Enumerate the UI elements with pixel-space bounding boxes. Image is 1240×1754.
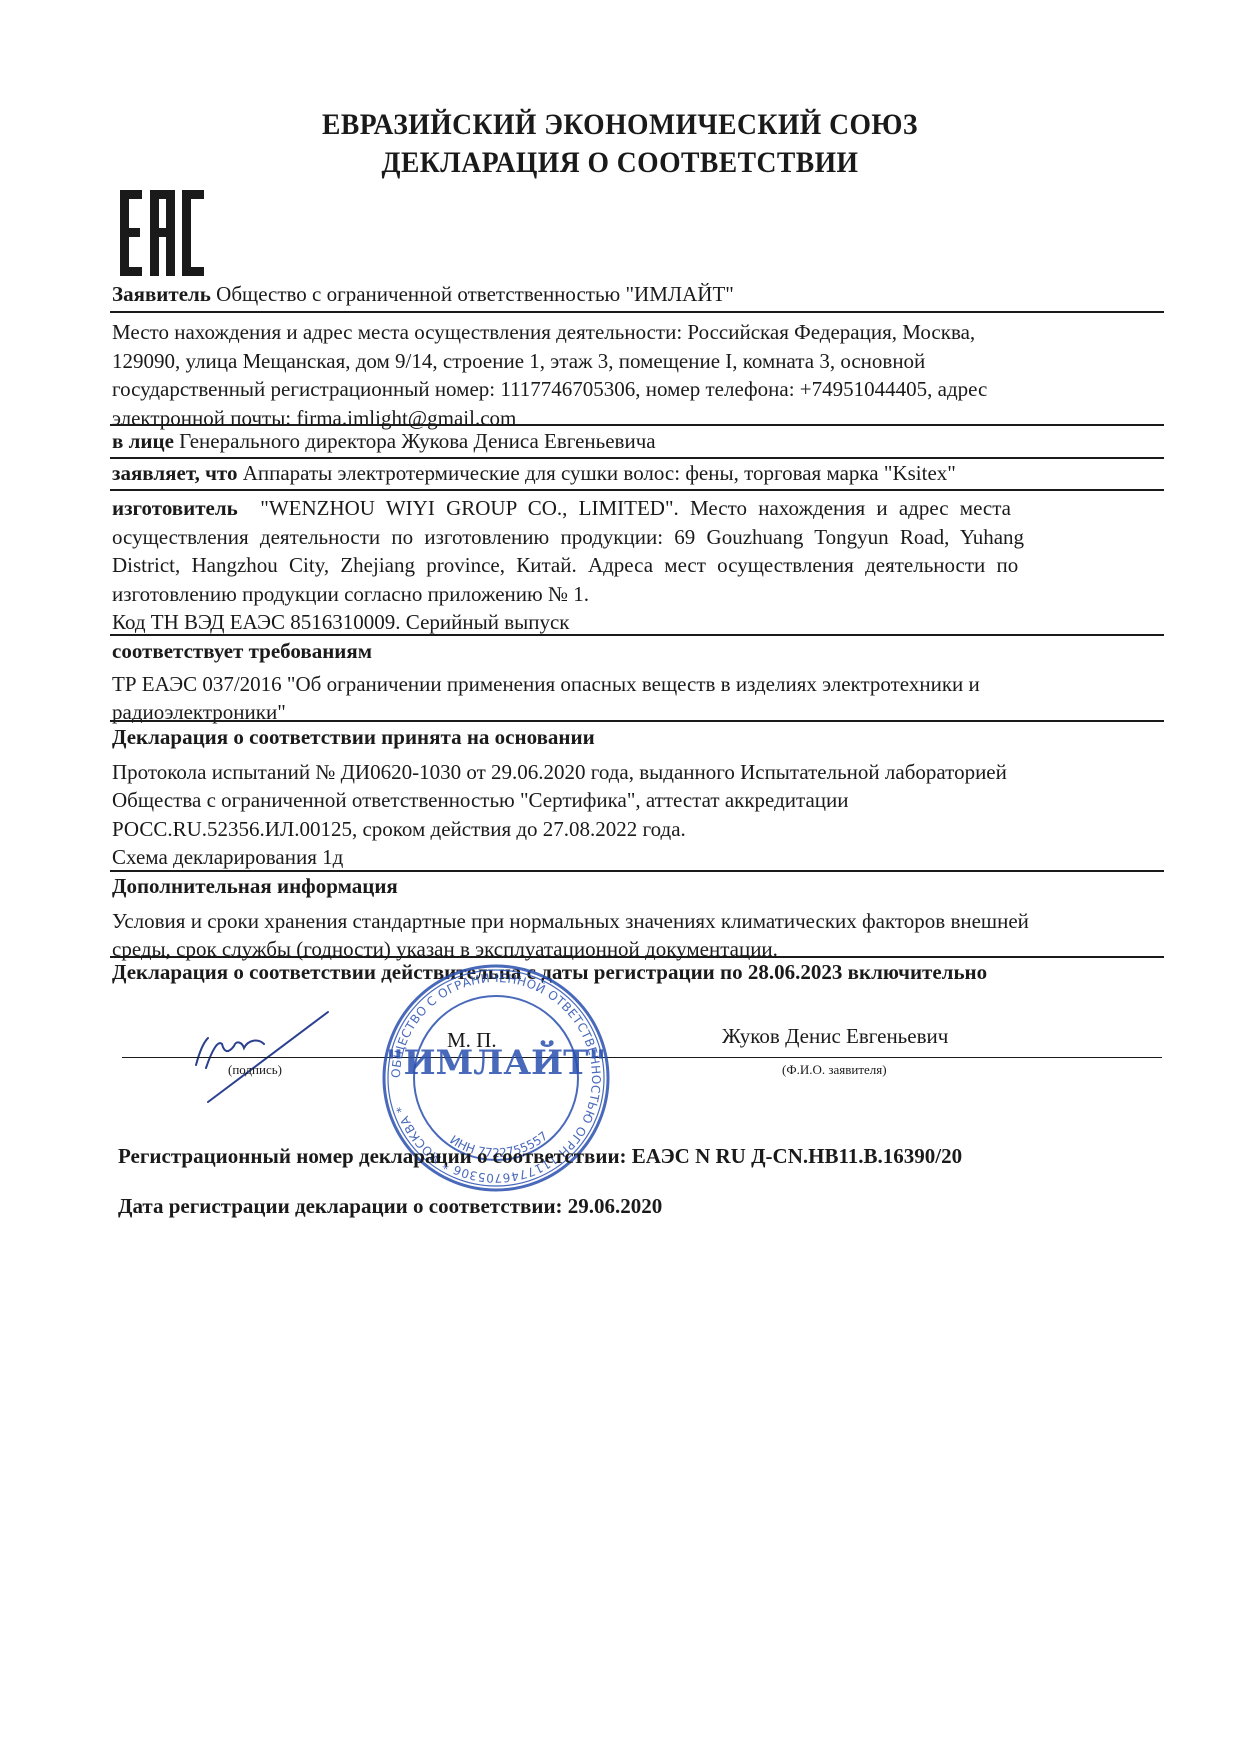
- requirements-line: ТР ЕАЭС 037/2016 "Об ограничении примене…: [112, 670, 1162, 699]
- signature-caption: (подпись): [228, 1062, 282, 1078]
- registration-date: Дата регистрации декларации о соответств…: [118, 1192, 1168, 1221]
- document-title: ДЕКЛАРАЦИЯ О СООТВЕТСТВИИ: [50, 146, 1191, 180]
- manufacturer-block: изготовитель "WENZHOU WIYI GROUP CO., LI…: [112, 494, 1162, 637]
- declaration-scheme: Схема декларирования 1д: [112, 843, 1162, 872]
- manufacturer-line: осуществления деятельности по изготовлен…: [112, 523, 1162, 552]
- additional-block: Дополнительная информация Условия и срок…: [112, 872, 1162, 964]
- basis-label: Декларация о соответствии принята на осн…: [112, 723, 1162, 752]
- represented-by-label: в лице: [112, 429, 174, 453]
- represented-by-row: в лице Генерального директора Жукова Ден…: [112, 427, 1162, 456]
- manufacturer-line: изготовитель "WENZHOU WIYI GROUP CO., LI…: [112, 494, 1162, 523]
- basis-line: РОСС.RU.52356.ИЛ.00125, сроком действия …: [112, 815, 1162, 844]
- applicant-row: Заявитель Общество с ограниченной ответс…: [112, 280, 1162, 309]
- requirements-block: соответствует требованиям ТР ЕАЭС 037/20…: [112, 637, 1162, 727]
- basis-line: Протокола испытаний № ДИ0620-1030 от 29.…: [112, 758, 1162, 787]
- registration-number: Регистрационный номер декларации о соотв…: [118, 1142, 1168, 1171]
- applicant-label: Заявитель: [112, 282, 211, 306]
- address-line: 129090, улица Мещанская, дом 9/14, строе…: [112, 347, 1162, 376]
- manufacturer-label: изготовитель: [112, 496, 238, 520]
- signer-name: Жуков Денис Евгеньевич: [722, 1024, 948, 1049]
- signature-line: [122, 1057, 1162, 1058]
- divider: [110, 634, 1164, 636]
- address-line: Место нахождения и адрес места осуществл…: [112, 318, 1162, 347]
- signer-caption: (Ф.И.О. заявителя): [782, 1062, 887, 1078]
- manufacturer-line: изготовлению продукции согласно приложен…: [112, 580, 1162, 609]
- hs-code: Код ТН ВЭД ЕАЭС 8516310009. Серийный вып…: [112, 608, 1162, 637]
- applicant-address: Место нахождения и адрес места осуществл…: [112, 318, 1162, 432]
- requirements-label: соответствует требованиям: [112, 637, 1162, 666]
- manufacturer-line: District, Hangzhou City, Zhejiang provin…: [112, 551, 1162, 580]
- declares-value: Аппараты электротермические для сушки во…: [243, 461, 956, 485]
- divider: [110, 424, 1164, 426]
- basis-block: Декларация о соответствии принята на осн…: [112, 723, 1162, 872]
- represented-by-value: Генерального директора Жукова Дениса Евг…: [179, 429, 655, 453]
- basis-line: Общества с ограниченной ответственностью…: [112, 786, 1162, 815]
- validity-statement: Декларация о соответствии действительна …: [112, 958, 1162, 987]
- applicant-value: Общество с ограниченной ответственностью…: [216, 282, 734, 306]
- divider: [110, 720, 1164, 722]
- declares-row: заявляет, что Аппараты электротермически…: [112, 459, 1162, 488]
- declares-label: заявляет, что: [112, 461, 237, 485]
- additional-label: Дополнительная информация: [112, 872, 1162, 901]
- divider: [110, 489, 1164, 491]
- manufacturer-name: "WENZHOU WIYI GROUP CO., LIMITED". Место…: [260, 496, 1011, 520]
- eac-mark-icon: [120, 190, 204, 276]
- svg-text:"ИМЛАЙТ": "ИМЛАЙТ": [386, 1040, 606, 1083]
- divider: [110, 311, 1164, 313]
- address-line: государственный регистрационный номер: 1…: [112, 375, 1162, 404]
- union-title: ЕВРАЗИЙСКИЙ ЭКОНОМИЧЕСКИЙ СОЮЗ: [50, 108, 1191, 142]
- additional-line: Условия и сроки хранения стандартные при…: [112, 907, 1162, 936]
